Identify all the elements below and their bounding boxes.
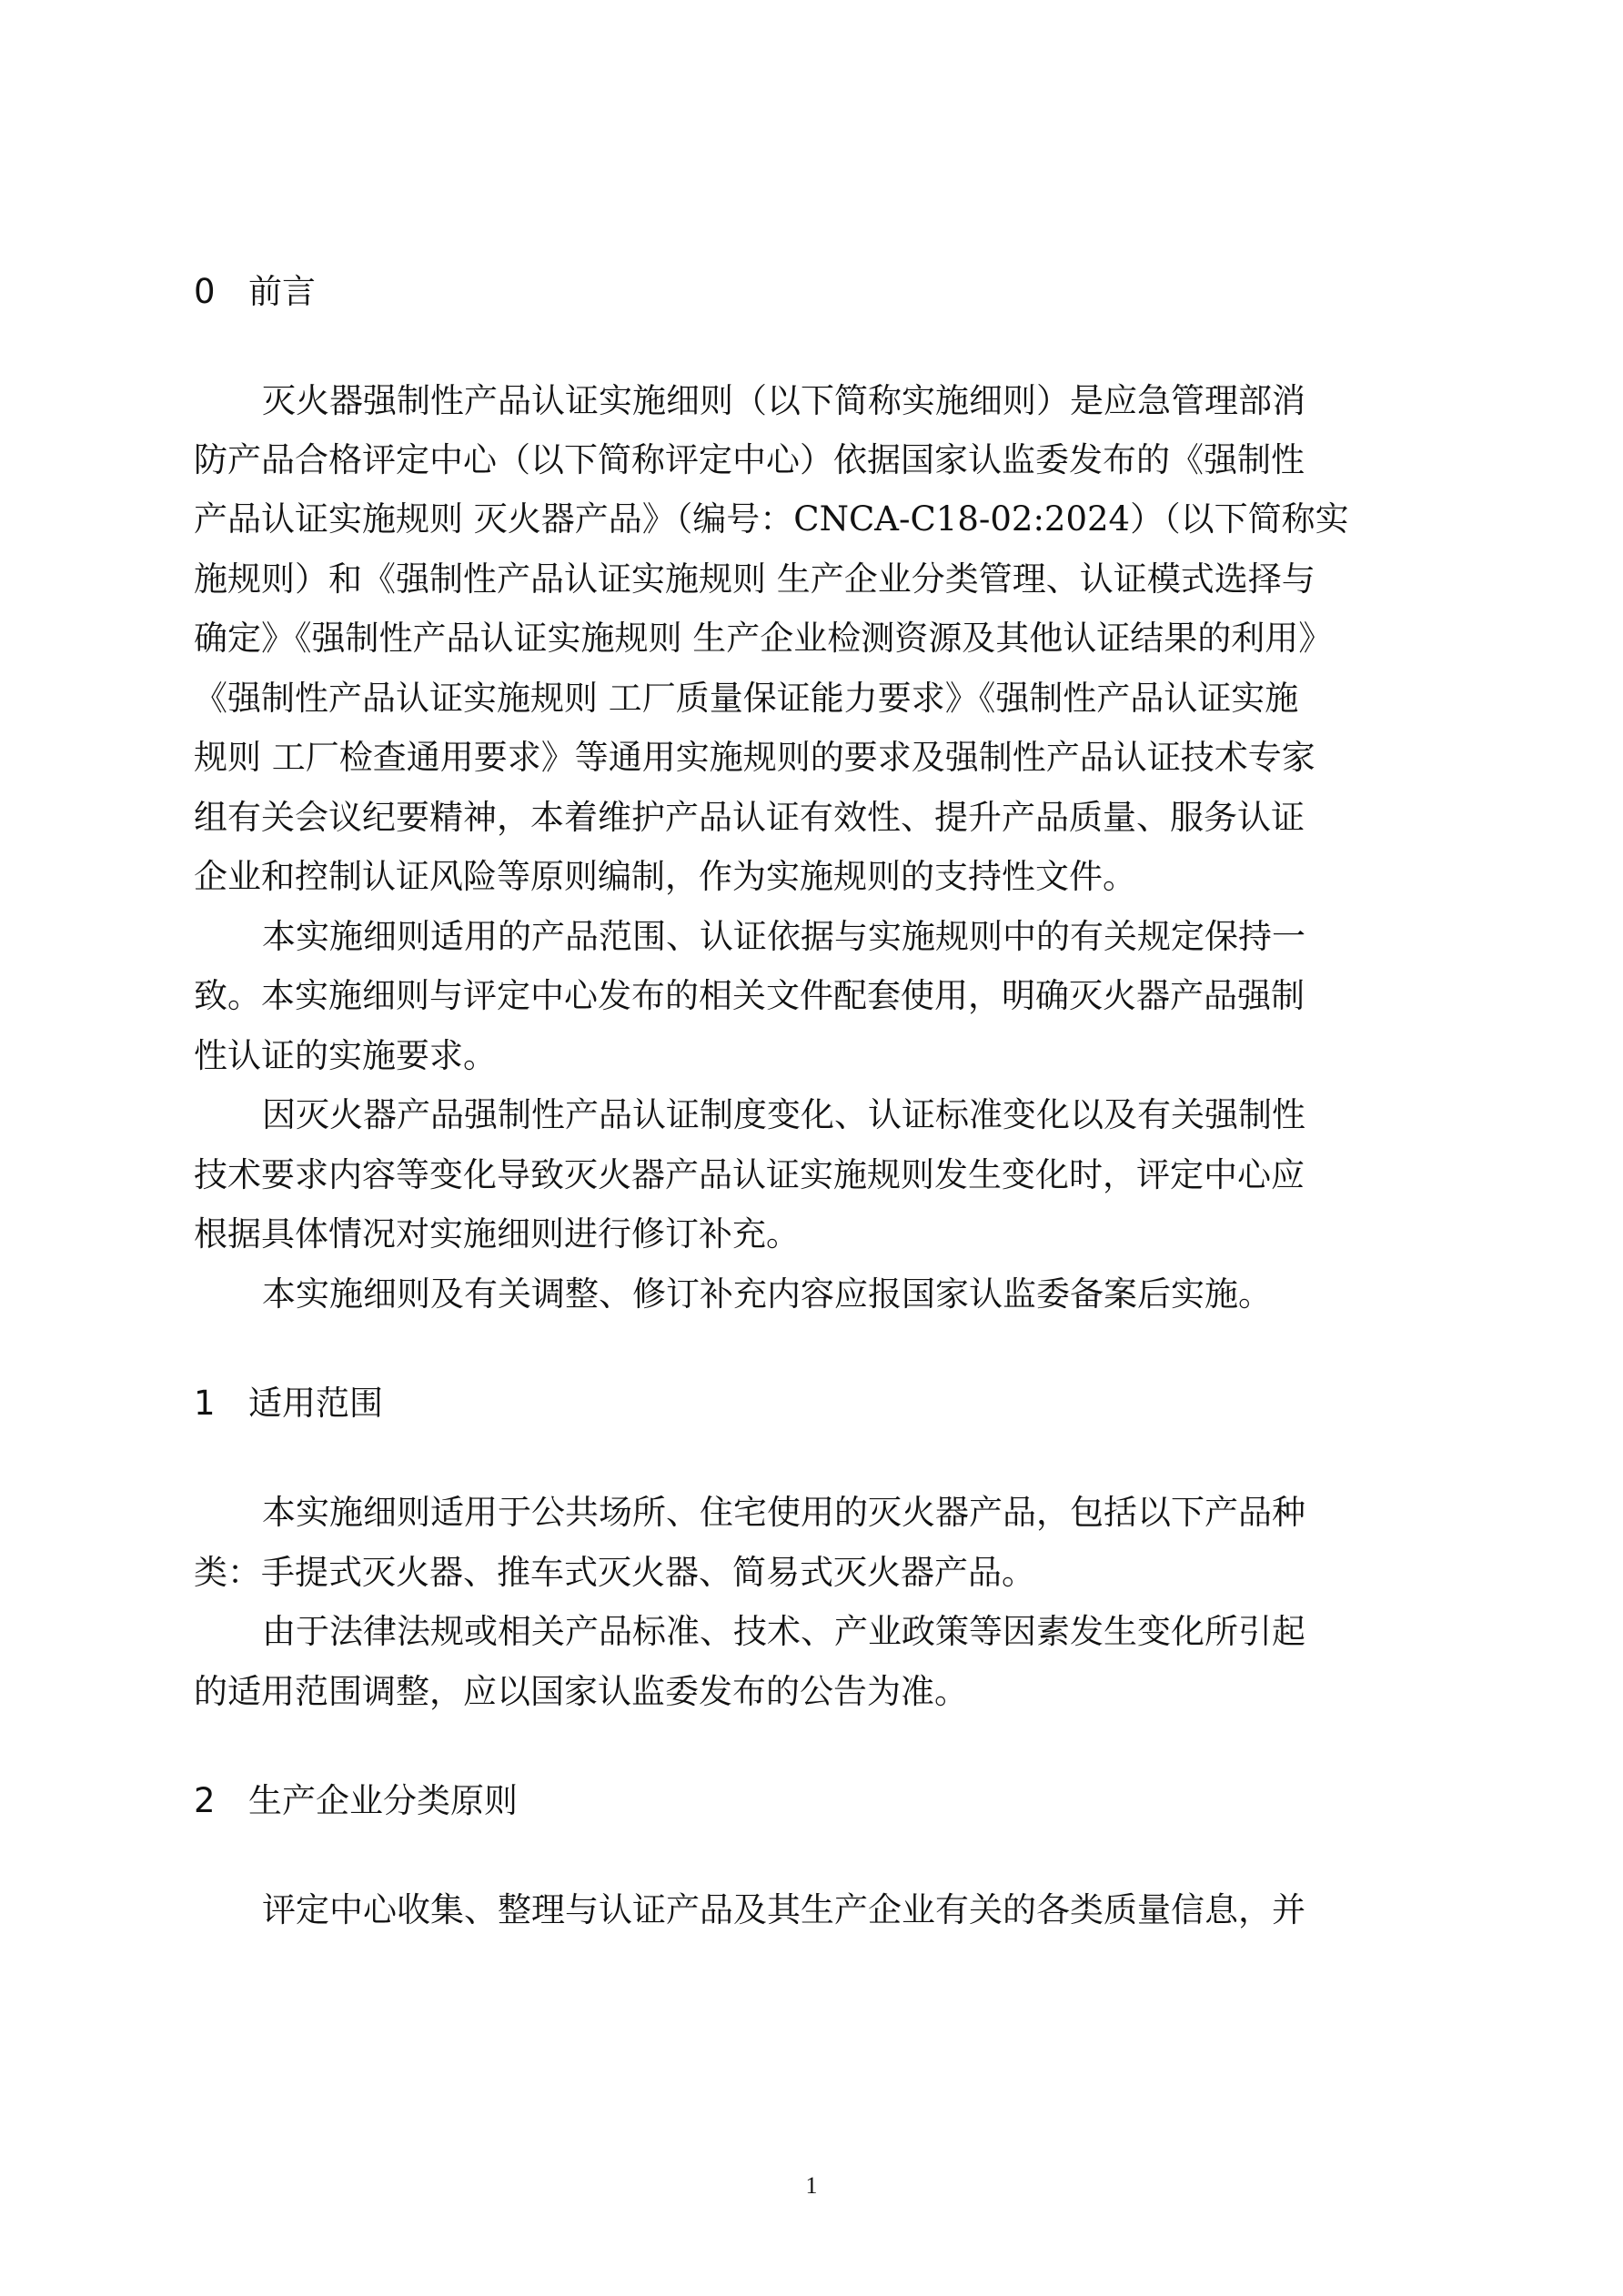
paragraph-line: 规则 工厂检查通用要求》等通用实施规则的要求及强制性产品认证技术专家: [194, 735, 1316, 780]
paragraph-line: 本实施细则适用的产品范围、认证依据与实施规则中的有关规定保持一: [262, 914, 1305, 960]
section-number: 1: [194, 1381, 248, 1426]
paragraph-line: 技术要求内容等变化导致灭火器产品认证实施规则发生变化时，评定中心应: [194, 1153, 1305, 1198]
section-heading-1: 1适用范围: [194, 1381, 383, 1426]
paragraph-line: 根据具体情况对实施细则进行修订补充。: [194, 1212, 800, 1257]
section-number: 0: [194, 269, 248, 315]
paragraph-line: 的适用范围调整，应以国家认监委发布的公告为准。: [194, 1669, 968, 1715]
paragraph-line: 确定》《强制性产品认证实施规则 生产企业检测资源及其他认证结果的利用》: [194, 616, 1332, 661]
paragraph-line: 性认证的实施要求。: [194, 1033, 497, 1079]
paragraph-line: 企业和控制认证风险等原则编制，作为实施规则的支持性文件。: [194, 854, 1136, 900]
section-title: 适用范围: [248, 1384, 383, 1423]
section-title: 前言: [248, 272, 316, 311]
document-page: 0前言 灭火器强制性产品认证实施细则（以下简称实施细则）是应急管理部消 防产品合…: [0, 0, 1623, 2296]
paragraph-line: 《强制性产品认证实施规则 工厂质量保证能力要求》《强制性产品认证实施: [194, 676, 1298, 721]
paragraph-line: 类：手提式灭火器、推车式灭火器、简易式灭火器产品。: [194, 1550, 1035, 1596]
paragraph-line: 施规则）和《强制性产品认证实施规则 生产企业分类管理、认证模式选择与: [194, 557, 1316, 602]
paragraph-line: 灭火器强制性产品认证实施细则（以下简称实施细则）是应急管理部消: [262, 378, 1305, 424]
paragraph-line: 由于法律法规或相关产品标准、技术、产业政策等因素发生变化所引起: [262, 1609, 1305, 1655]
paragraph-line: 防产品合格评定中心（以下简称评定中心）依据国家认监委发布的《强制性: [194, 438, 1305, 483]
paragraph-line: 本实施细则适用于公共场所、住宅使用的灭火器产品，包括以下产品种: [262, 1490, 1305, 1536]
paragraph-line: 产品认证实施规则 灭火器产品》（编号：CNCA-C18-02:2024）（以下简…: [194, 497, 1349, 542]
paragraph-line: 评定中心收集、整理与认证产品及其生产企业有关的各类质量信息，并: [262, 1888, 1305, 1933]
section-heading-0: 0前言: [194, 269, 316, 315]
paragraph-line: 本实施细则及有关调整、修订补充内容应报国家认监委备案后实施。: [262, 1272, 1272, 1317]
paragraph-line: 组有关会议纪要精神，本着维护产品认证有效性、提升产品质量、服务认证: [194, 795, 1305, 841]
paragraph-line: 因灭火器产品强制性产品认证制度变化、认证标准变化以及有关强制性: [262, 1093, 1305, 1138]
paragraph-line: 致。本实施细则与评定中心发布的相关文件配套使用，明确灭火器产品强制: [194, 973, 1305, 1019]
section-number: 2: [194, 1778, 248, 1824]
page-number: 1: [0, 2172, 1623, 2200]
section-heading-2: 2生产企业分类原则: [194, 1778, 518, 1824]
section-title: 生产企业分类原则: [248, 1781, 518, 1820]
